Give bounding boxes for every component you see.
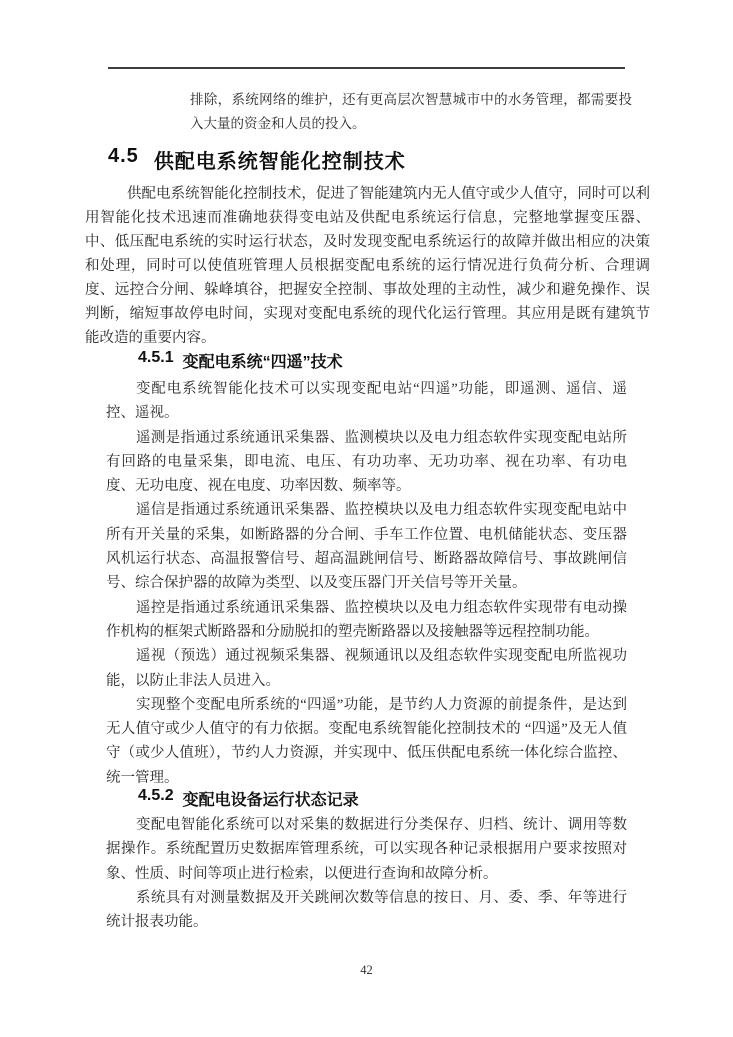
subsection-1-body: 变配电系统智能化技术可以实现变配电站“四遥”功能，即遥测、遥信、遥控、遥视。 遥… — [106, 377, 627, 790]
section-title: 供配电系统智能化控制技术 — [154, 145, 406, 174]
continuation-paragraph: 排除，系统网络的维护，还有更高层次智慧城市中的水务管理，都需要投入大量的资金和人… — [190, 88, 632, 136]
paragraph: 变配电智能化系统可以对采集的数据进行分类保存、归档、统计、调用等数据操作。系统配… — [106, 813, 627, 886]
subsection-1-number: 4.5.1 — [138, 349, 174, 372]
section-intro-paragraph: 供配电系统智能化控制技术，促进了智能建筑内无人值守或少人值守，同时可以利用智能化… — [85, 182, 650, 350]
section-number: 4.5 — [108, 145, 139, 174]
subsection-2-number: 4.5.2 — [138, 787, 174, 810]
page-number: 42 — [0, 963, 733, 978]
paragraph: 遥信是指通过系统通讯采集器、监控模块以及电力组态软件实现变配电站中所有开关量的采… — [106, 498, 627, 595]
paragraph: 实现整个变配电所系统的“四遥”功能，是节约人力资源的前提条件，是达到无人值守或少… — [106, 693, 627, 790]
subsection-1-title: 变配电系统“四遥”技术 — [183, 349, 343, 372]
paragraph: 遥视（预选）通过视频采集器、视频通讯以及组态软件实现变配电所监视功能，以防止非法… — [106, 644, 627, 693]
paragraph: 遥测是指通过系统通讯采集器、监测模块以及电力组态软件实现变配电站所有回路的电量采… — [106, 426, 627, 499]
subsection-2-heading: 4.5.2 变配电设备运行状态记录 — [138, 787, 359, 810]
paragraph: 变配电系统智能化技术可以实现变配电站“四遥”功能，即遥测、遥信、遥控、遥视。 — [106, 377, 627, 426]
subsection-1-heading: 4.5.1 变配电系统“四遥”技术 — [138, 349, 343, 372]
subsection-2-title: 变配电设备运行状态记录 — [183, 787, 359, 810]
section-heading: 4.5 供配电系统智能化控制技术 — [108, 145, 406, 174]
paragraph: 系统具有对测量数据及开关跳闸次数等信息的按日、月、委、季、年等进行统计报表功能。 — [106, 886, 627, 935]
document-page: 排除，系统网络的维护，还有更高层次智慧城市中的水务管理，都需要投入大量的资金和人… — [0, 0, 733, 1037]
subsection-2-body: 变配电智能化系统可以对采集的数据进行分类保存、归档、统计、调用等数据操作。系统配… — [106, 813, 627, 934]
header-rule — [108, 67, 625, 69]
paragraph: 遥控是指通过系统通讯采集器、监控模块以及电力组态软件实现带有电动操作机构的框架式… — [106, 596, 627, 645]
